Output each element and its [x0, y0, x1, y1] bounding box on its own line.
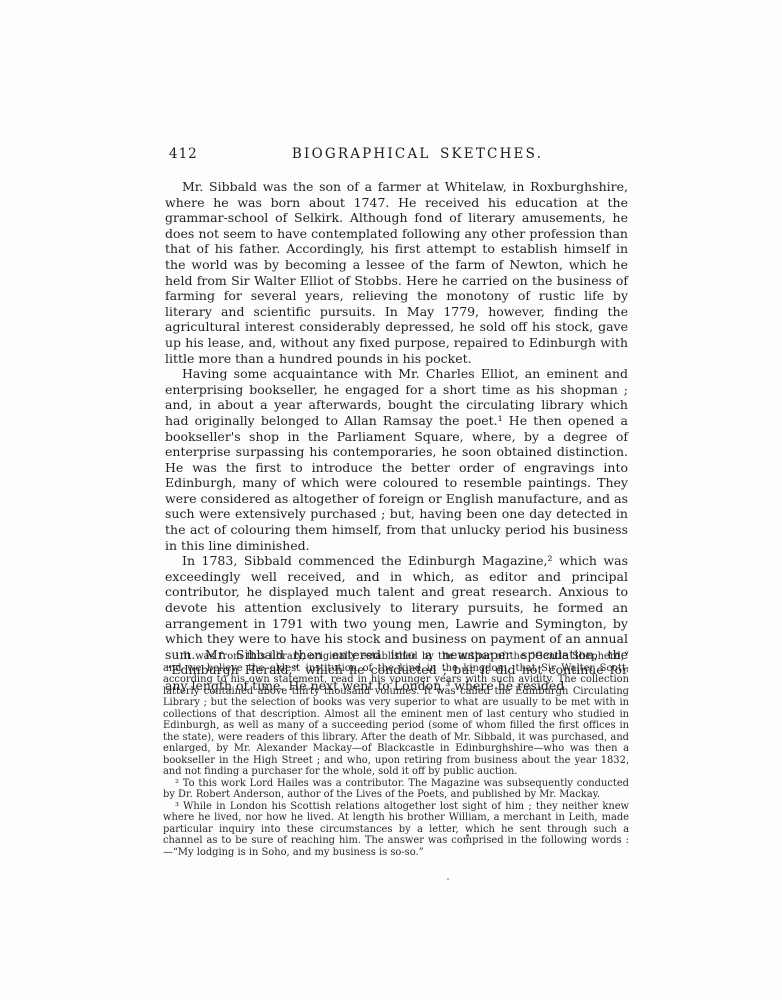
- running-title: BIOGRAPHICAL SKETCHES.: [165, 146, 628, 162]
- footnote: ² To this work Lord Hailes was a contrib…: [163, 778, 629, 801]
- body-paragraph: Mr. Sibbald was the son of a farmer at W…: [165, 179, 628, 366]
- scan-speck: [466, 834, 469, 837]
- page-header: 412 BIOGRAPHICAL SKETCHES.: [165, 146, 628, 164]
- footnote: ¹ It was from this library, originally e…: [163, 651, 629, 778]
- book-page: 412 BIOGRAPHICAL SKETCHES. Mr. Sibbald w…: [0, 0, 782, 1000]
- footnotes: ¹ It was from this library, originally e…: [163, 651, 629, 858]
- body-paragraph: Having some acquaintance with Mr. Charle…: [165, 366, 628, 553]
- scan-speck: [447, 878, 449, 880]
- footnote: ³ While in London his Scottish relations…: [163, 801, 629, 859]
- body-text: Mr. Sibbald was the son of a farmer at W…: [165, 179, 628, 694]
